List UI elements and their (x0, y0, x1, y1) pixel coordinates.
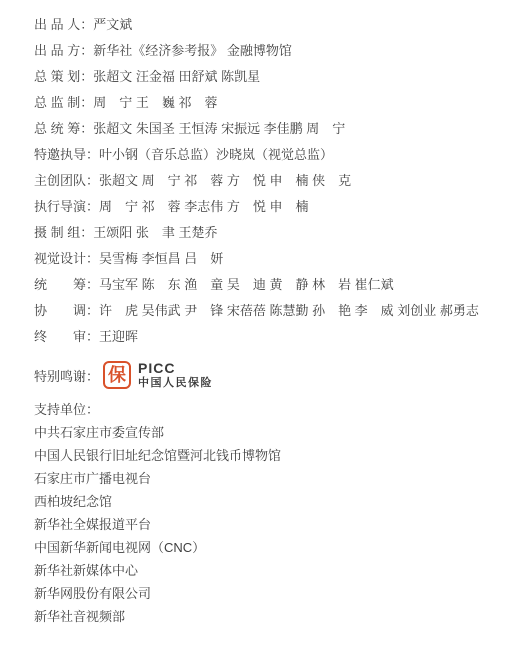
credit-label: 出 品 人： (34, 17, 93, 32)
credit-label: 总 监 制： (34, 95, 93, 110)
support-section: 支持单位： 中共石家庄市委宣传部 中国人民银行旧址纪念馆暨河北钱币博物馆 石家庄… (34, 398, 508, 628)
credit-names: 吴雪梅 李恒昌 吕 妍 (99, 251, 223, 266)
credit-names: 张超文 汪金福 田舒斌 陈凯星 (93, 69, 260, 84)
credit-label: 摄 制 组： (34, 225, 93, 240)
credit-row-final-review: 终 审：王迎晖 (34, 324, 508, 350)
support-unit: 新华网股份有限公司 (34, 582, 508, 605)
credit-label: 总 策 划： (34, 69, 93, 84)
credit-row-chief-planner: 总 策 划：张超文 汪金福 田舒斌 陈凯星 (34, 64, 508, 90)
credit-label: 主创团队： (34, 173, 99, 188)
credit-row-producer: 出 品 人：严文斌 (34, 12, 508, 38)
special-thanks-row: 特别鸣谢： 保 PICC 中国人民保险 (34, 358, 508, 392)
credit-label: 出 品 方： (34, 43, 93, 58)
credit-label: 协 调： (34, 303, 99, 318)
credit-names: 严文斌 (93, 17, 132, 32)
credit-names: 叶小钢（音乐总监）沙晓岚（视觉总监） (99, 147, 333, 162)
support-unit: 西柏坡纪念馆 (34, 490, 508, 513)
credit-label: 特邀执导： (34, 147, 99, 162)
credit-row-core-team: 主创团队：张超文 周 宁 祁 蓉 方 悦 申 楠 侠 克 (34, 168, 508, 194)
credit-label: 总 统 筹： (34, 121, 93, 136)
credit-label: 终 审： (34, 329, 99, 344)
credit-names: 王迎晖 (99, 329, 138, 344)
support-unit: 中共石家庄市委宣传部 (34, 421, 508, 444)
credit-label: 视觉设计： (34, 251, 99, 266)
credit-names: 新华社《经济参考报》 金融博物馆 (93, 43, 292, 58)
credit-names: 王颂阳 张 聿 王楚乔 (93, 225, 217, 240)
picc-logo: 保 PICC 中国人民保险 (103, 361, 213, 390)
credit-row-guest-directors: 特邀执导：叶小钢（音乐总监）沙晓岚（视觉总监） (34, 142, 508, 168)
credits-section: 出 品 人：严文斌 出 品 方：新华社《经济参考报》 金融博物馆 总 策 划：张… (0, 0, 508, 350)
support-unit: 中国新华新闻电视网（CNC） (34, 536, 508, 559)
picc-wordmark-en: PICC (138, 361, 213, 376)
credit-row-visual-design: 视觉设计：吴雪梅 李恒昌 吕 妍 (34, 246, 508, 272)
support-unit: 中国人民银行旧址纪念馆暨河北钱币博物馆 (34, 444, 508, 467)
credit-row-presenter: 出 品 方：新华社《经济参考报》 金融博物馆 (34, 38, 508, 64)
support-header: 支持单位： (34, 398, 508, 421)
support-unit: 新华社音视频部 (34, 605, 508, 628)
picc-wordmark: PICC 中国人民保险 (138, 361, 213, 390)
credit-names: 马宝军 陈 东 渔 童 吴 迪 黄 静 林 岩 崔仁斌 (99, 277, 394, 292)
credit-names: 周 宁 王 巍 祁 蓉 (93, 95, 217, 110)
credit-row-film-crew: 摄 制 组：王颂阳 张 聿 王楚乔 (34, 220, 508, 246)
credit-names: 周 宁 祁 蓉 李志伟 方 悦 申 楠 (99, 199, 308, 214)
credit-row-coordinators: 统 筹：马宝军 陈 东 渔 童 吴 迪 黄 静 林 岩 崔仁斌 (34, 272, 508, 298)
support-unit: 新华社新媒体中心 (34, 559, 508, 582)
credit-row-chief-supervisor: 总 监 制：周 宁 王 巍 祁 蓉 (34, 90, 508, 116)
credit-names: 许 虎 吴伟武 尹 锋 宋蓓蓓 陈慧勤 孙 艳 李 威 刘创业 郝勇志 (99, 303, 479, 318)
picc-seal-icon: 保 (103, 361, 131, 389)
special-thanks-label: 特别鸣谢： (34, 366, 99, 385)
credit-row-chief-coordinator: 总 统 筹：张超文 朱国圣 王恒涛 宋振远 李佳鹏 周 宁 (34, 116, 508, 142)
support-unit: 新华社全媒报道平台 (34, 513, 508, 536)
credit-row-liaisons: 协 调：许 虎 吴伟武 尹 锋 宋蓓蓓 陈慧勤 孙 艳 李 威 刘创业 郝勇志 (34, 298, 508, 324)
credit-label: 统 筹： (34, 277, 99, 292)
credit-names: 张超文 周 宁 祁 蓉 方 悦 申 楠 侠 克 (99, 173, 351, 188)
credit-row-executive-directors: 执行导演：周 宁 祁 蓉 李志伟 方 悦 申 楠 (34, 194, 508, 220)
support-unit: 石家庄市广播电视台 (34, 467, 508, 490)
credit-names: 张超文 朱国圣 王恒涛 宋振远 李佳鹏 周 宁 (93, 121, 345, 136)
credit-label: 执行导演： (34, 199, 99, 214)
picc-wordmark-cn: 中国人民保险 (138, 376, 213, 390)
